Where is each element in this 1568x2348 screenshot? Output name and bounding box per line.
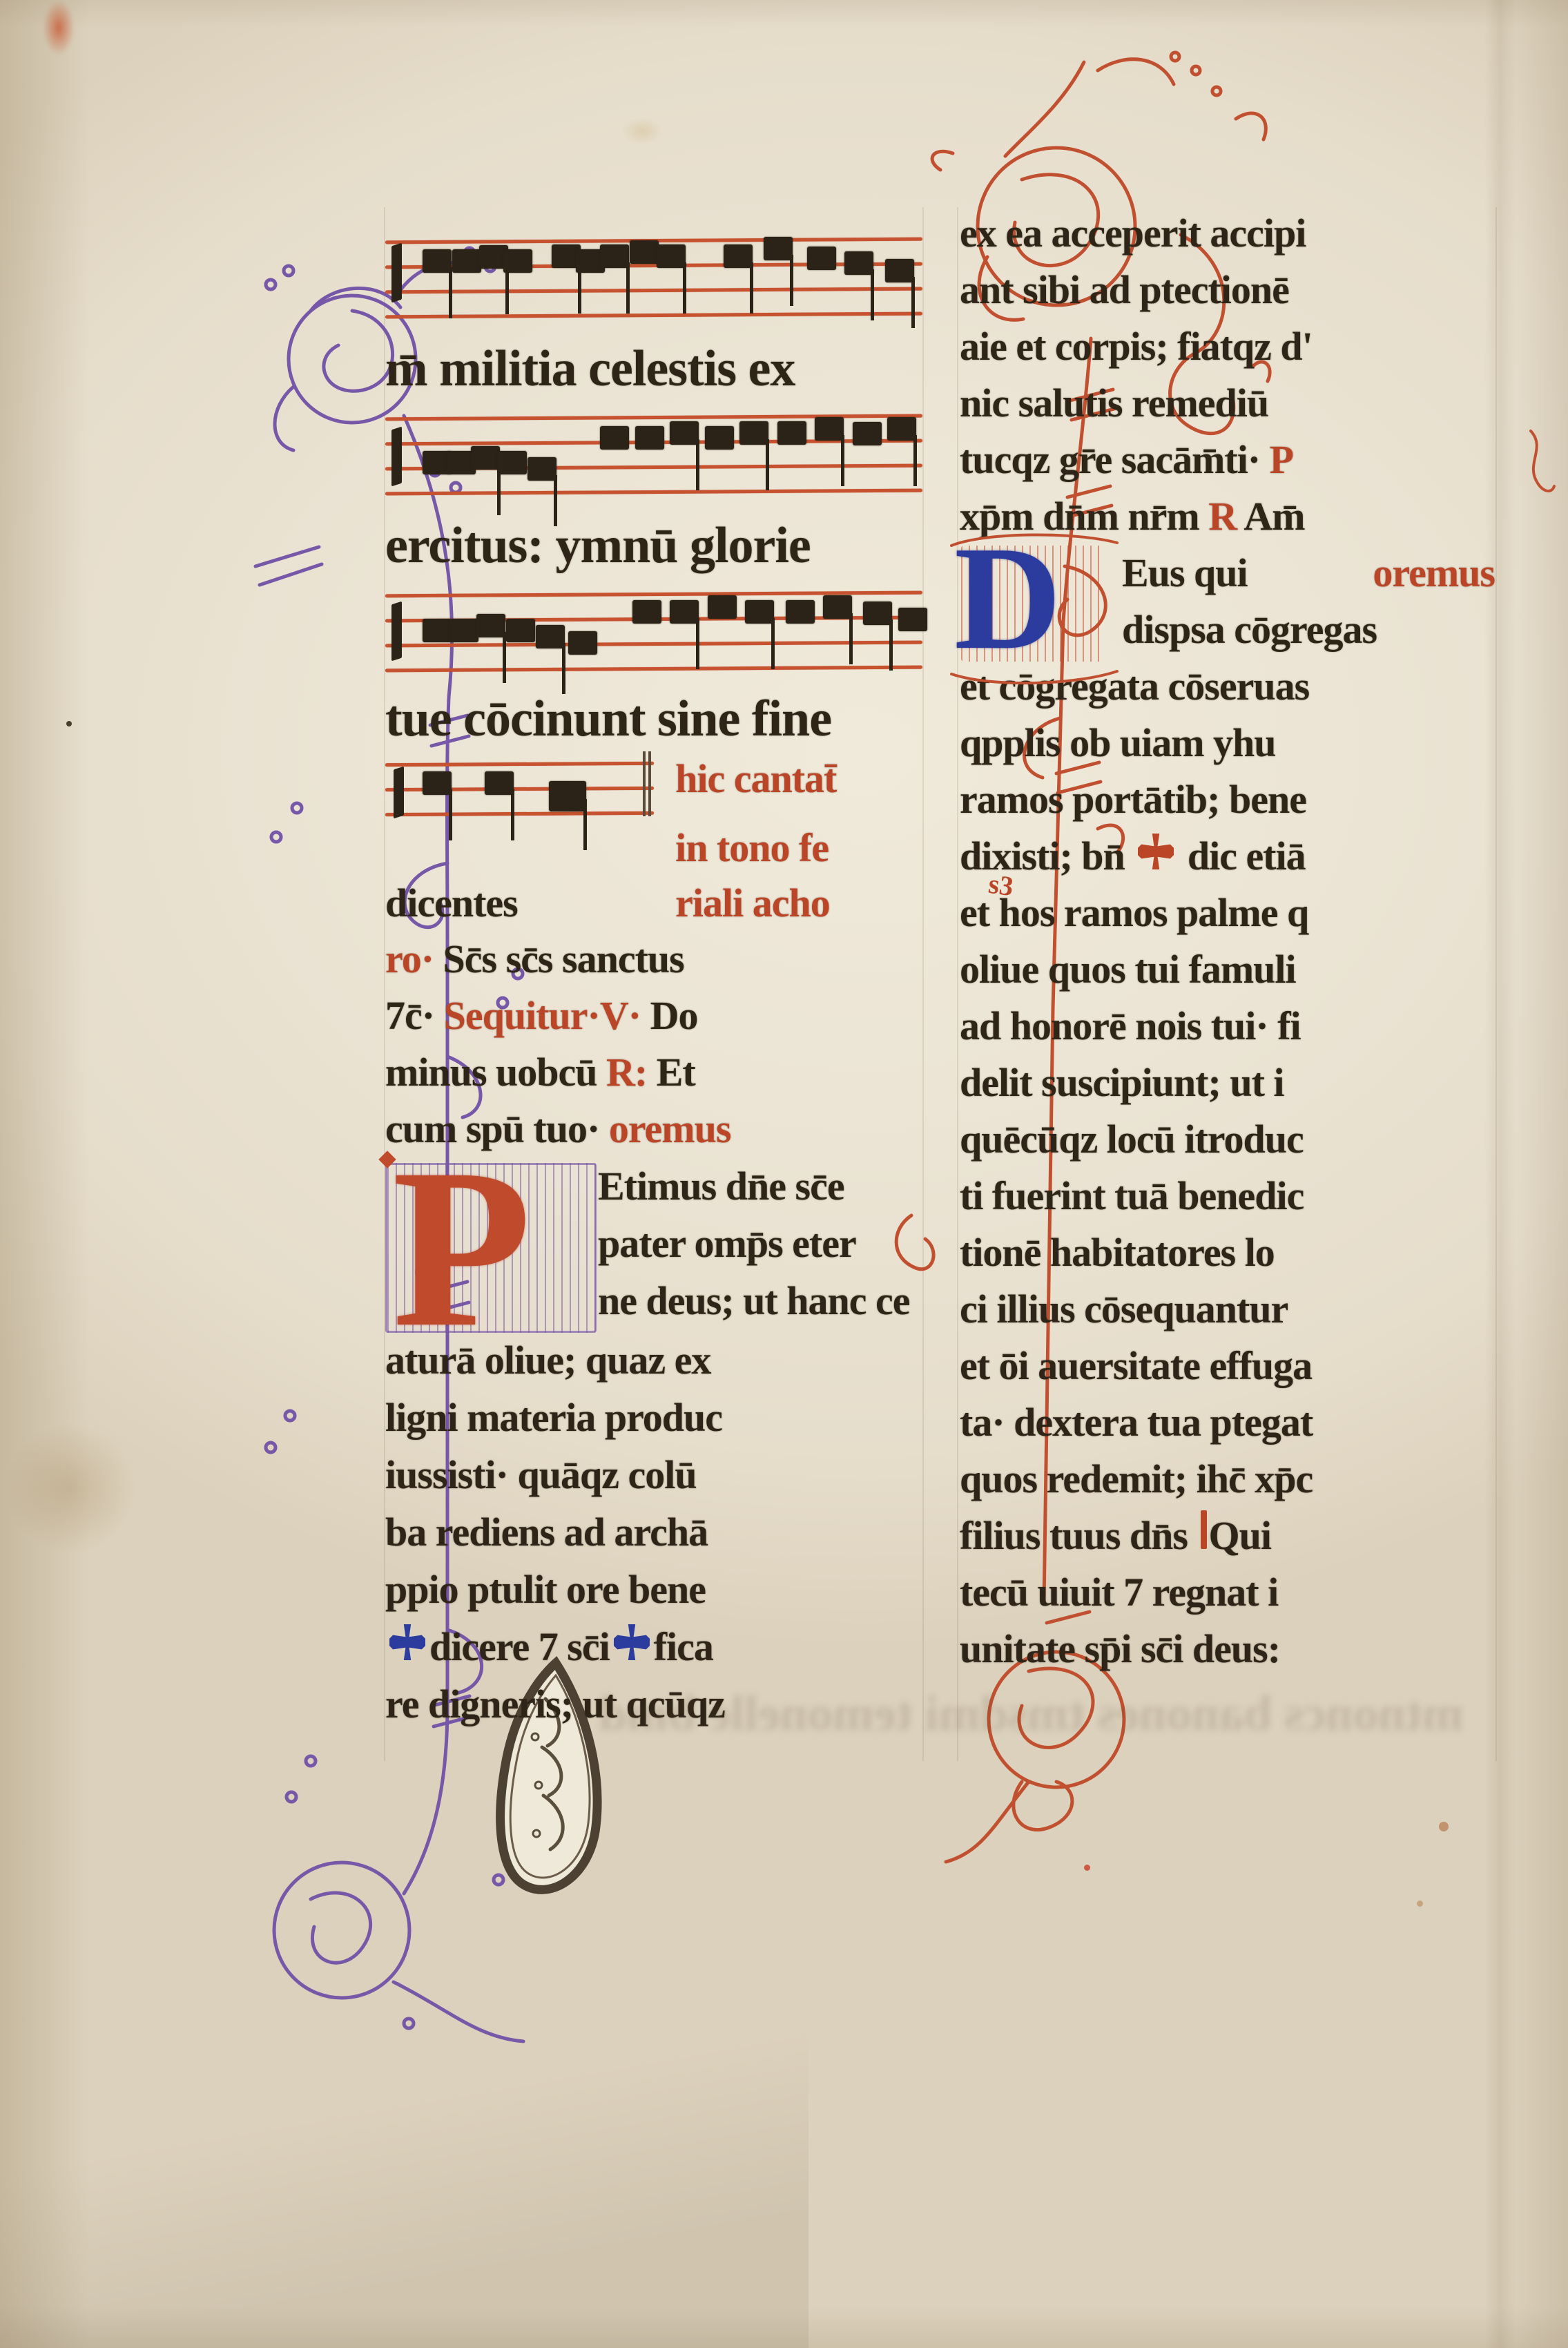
staff-line bbox=[385, 666, 922, 673]
text-segment: oliue quos tui famuli bbox=[960, 942, 1296, 997]
block-staff bbox=[385, 228, 922, 333]
text-segment: ne deus; ut hanc ce bbox=[598, 1272, 909, 1329]
neume-tail bbox=[766, 439, 769, 490]
text-line: ant sibi ad ptectionē bbox=[960, 262, 1495, 319]
bleed-through-text: mtnoncs banones tmsdmi temonelle bmd bbox=[483, 1685, 1464, 1758]
text-line: et ōi auersitate effuga bbox=[960, 1338, 1495, 1395]
text-segment: Do bbox=[641, 988, 697, 1044]
text-line: ta· dextera tua ptegat bbox=[960, 1395, 1495, 1452]
block-bigtext: m̄ militia celestis ex bbox=[385, 333, 922, 405]
text-segment: et ōi auersitate effuga bbox=[960, 1338, 1312, 1394]
text-segment: Am̄ bbox=[1237, 489, 1305, 544]
text-line: oliue quos tui famuli bbox=[960, 942, 1495, 999]
neume-tail bbox=[696, 618, 699, 669]
text-segment: ti fuerint tuā benedic bbox=[960, 1168, 1304, 1224]
text-segment: filius tuus dn̄s bbox=[960, 1508, 1197, 1563]
text-segment: quos redemit; ihc̄ xp̄c bbox=[960, 1452, 1313, 1507]
text-line: ligni materia produc bbox=[385, 1389, 922, 1446]
music-staff bbox=[385, 228, 922, 333]
text-segment: nic salutis remediū bbox=[960, 376, 1268, 431]
neume-note bbox=[506, 619, 535, 642]
text-line: m̄ militia celestis ex bbox=[385, 333, 922, 405]
neume-tail bbox=[771, 618, 775, 669]
music-staff bbox=[385, 405, 922, 510]
text-line: in tono fe bbox=[385, 820, 922, 876]
text-line: hic cantat̄ bbox=[385, 751, 922, 820]
block-row: 7c̄· Sequitur·V· Do bbox=[385, 988, 922, 1044]
neume-tail bbox=[849, 613, 853, 664]
text-line: dicere 7 sc̄ifica bbox=[385, 1618, 922, 1675]
text-line: Etimus dn̄e sc̄e bbox=[598, 1157, 922, 1215]
neume-note bbox=[887, 417, 916, 441]
staff-line bbox=[385, 489, 922, 496]
initial-d: D bbox=[954, 512, 1061, 684]
brown-stain bbox=[4, 1423, 135, 1554]
red-ink-smudge bbox=[43, 0, 75, 55]
text-segment: tucqz gr̄e sacām̄ti· bbox=[960, 432, 1270, 488]
text-line: ex ea acceperit accipi bbox=[960, 206, 1495, 262]
neume-tail bbox=[841, 435, 844, 486]
block-row: aturā oliue; quaz ex bbox=[385, 1331, 922, 1389]
text-line: tucqz gr̄e sacām̄ti· P bbox=[960, 432, 1495, 489]
text-segment: ligni materia produc bbox=[385, 1389, 722, 1446]
rubric-segment: riali acho bbox=[675, 876, 830, 931]
text-segment: ramos portātib; bene bbox=[960, 772, 1306, 827]
text-line: pater omp̄s eter bbox=[598, 1215, 922, 1272]
neume-note bbox=[885, 259, 914, 282]
neume-note bbox=[724, 244, 753, 268]
text-line: quos redemit; ihc̄ xp̄c bbox=[960, 1452, 1495, 1508]
neume-note bbox=[600, 244, 629, 268]
text-segment: dicentes bbox=[385, 876, 518, 931]
text-line: qpplis ob uiam yhu bbox=[960, 715, 1495, 772]
rubric-segment: P bbox=[1270, 432, 1293, 488]
block-staffrow: hic cantat̄ bbox=[385, 751, 922, 820]
text-line: ramos portātib; bene bbox=[960, 772, 1495, 829]
text-segment: ercitus: ymnū glorie bbox=[385, 510, 811, 581]
manuscript-page: s3 m̄ militia celestis exercitus: ymnū g… bbox=[0, 0, 1568, 2348]
neume-tail bbox=[911, 277, 915, 328]
text-segment: m̄ militia celestis ex bbox=[385, 333, 795, 405]
text-segment: ba rediens ad archā bbox=[385, 1503, 708, 1561]
right-column: ex ea acceperit accipiant sibi ad ptecti… bbox=[960, 206, 1495, 1684]
text-segment: dixisti; bn̄ bbox=[960, 829, 1134, 884]
neume-note bbox=[853, 422, 882, 445]
neume-note bbox=[777, 421, 806, 445]
neume-tail bbox=[696, 439, 699, 490]
neume-note bbox=[476, 614, 505, 637]
text-segment: tecū uiuit 7 regnat i bbox=[960, 1565, 1278, 1620]
text-segment: aturā oliue; quaz ex bbox=[385, 1331, 710, 1389]
neume-note bbox=[536, 625, 565, 648]
block-row: ba rediens ad archā bbox=[385, 1503, 922, 1561]
neume-tail bbox=[913, 435, 917, 486]
neume-note bbox=[449, 619, 478, 642]
rubric-segment: hic cantat̄ bbox=[675, 751, 836, 807]
neume-note bbox=[786, 600, 815, 624]
neume-note bbox=[657, 244, 686, 268]
block-staff bbox=[385, 405, 922, 510]
text-line: minus uobcū R: Et bbox=[385, 1044, 922, 1101]
rubric-segment: in tono fe bbox=[675, 820, 829, 876]
text-segment: dic etiā bbox=[1178, 829, 1305, 884]
text-segment: aie et corpis; fiatqz d' bbox=[960, 319, 1313, 374]
block-bigtext: tue cōcinunt sine fine bbox=[385, 686, 922, 751]
text-segment: ex ea acceperit accipi bbox=[960, 206, 1306, 261]
page-left-shading bbox=[0, 0, 90, 2348]
neume-tail bbox=[750, 262, 753, 314]
neume-note bbox=[705, 426, 734, 450]
text-line: nic salutis remediū bbox=[960, 376, 1495, 432]
neume-note bbox=[471, 446, 500, 470]
neume-note bbox=[815, 417, 844, 441]
text-line: ro· Sc̄s sc̄s sanctus bbox=[385, 931, 922, 988]
neume-note bbox=[863, 602, 892, 625]
rubric-segment: Sequitur·V· bbox=[444, 988, 641, 1044]
text-segment: unitate sp̄i sc̄i deus: bbox=[960, 1622, 1280, 1677]
block-row: in tono fe bbox=[385, 820, 922, 876]
text-segment: ant sibi ad ptectionē bbox=[960, 262, 1289, 318]
text-line: dixisti; bn̄ dic etiā bbox=[960, 829, 1495, 885]
text-line: ba rediens ad archā bbox=[385, 1503, 922, 1561]
text-line: ne deus; ut hanc ce bbox=[598, 1272, 922, 1329]
block-staff bbox=[385, 581, 922, 686]
neume-note bbox=[527, 457, 556, 481]
text-segment: Sc̄s sc̄s sanctus bbox=[434, 931, 684, 988]
text-line: unitate sp̄i sc̄i deus: bbox=[960, 1622, 1495, 1678]
neume-note bbox=[745, 600, 774, 624]
clef-mark bbox=[391, 452, 402, 487]
text-segment: ppio ptulit ore bene bbox=[385, 1561, 706, 1618]
neume-note bbox=[632, 600, 661, 624]
maltese-cross-icon bbox=[389, 1624, 425, 1660]
neume-note bbox=[844, 251, 873, 275]
left-column: m̄ militia celestis exercitus: ymnū glor… bbox=[385, 228, 922, 1733]
block-initialP: PEtimus dn̄e sc̄epater omp̄s eterne deus… bbox=[385, 1157, 922, 1331]
text-segment: fica bbox=[654, 1618, 713, 1675]
text-segment: tue cōcinunt sine fine bbox=[385, 686, 831, 751]
text-segment: dispsa cōgregas bbox=[1122, 602, 1377, 657]
bottom-left-shadow bbox=[0, 2037, 809, 2348]
speck bbox=[66, 721, 72, 726]
text-segment: ad honorē nois tui· fi bbox=[960, 999, 1301, 1054]
text-segment: delit suscipiunt; ut i bbox=[960, 1055, 1284, 1110]
text-line: quēcūqz locū itroduc bbox=[960, 1112, 1495, 1168]
rubric-segment: oremus bbox=[609, 1101, 731, 1157]
text-segment: pater omp̄s eter bbox=[598, 1215, 856, 1272]
text-segment: minus uobcū bbox=[385, 1044, 606, 1101]
text-line: aie et corpis; fiatqz d' bbox=[960, 319, 1495, 376]
stain bbox=[621, 117, 663, 145]
maltese-cross-icon bbox=[1138, 834, 1174, 869]
rubric-segment: R: bbox=[606, 1044, 647, 1101]
neume-note bbox=[452, 249, 481, 273]
foxing-spot bbox=[1439, 1822, 1449, 1831]
neume-note bbox=[670, 421, 699, 445]
staff-line bbox=[385, 287, 922, 294]
text-segment: Et bbox=[647, 1044, 695, 1101]
ruling-line bbox=[1496, 207, 1497, 1761]
neume-note bbox=[635, 426, 664, 450]
page-top-shading bbox=[0, 0, 1568, 28]
text-line: ti fuerint tuā benedic bbox=[960, 1168, 1495, 1225]
maltese-cross-icon bbox=[614, 1624, 650, 1660]
block-bigtext: ercitus: ymnū glorie bbox=[385, 510, 922, 581]
text-line: filius tuus dn̄s Qui bbox=[960, 1508, 1495, 1565]
neume-tail bbox=[790, 255, 793, 306]
block-row: iussisti· quāqz colū bbox=[385, 1446, 922, 1503]
red-dot bbox=[1084, 1865, 1090, 1871]
text-line: ci illius cōsequantur bbox=[960, 1282, 1495, 1338]
text-segment: Qui bbox=[1208, 1508, 1271, 1563]
neume-note bbox=[423, 619, 452, 642]
neume-tail bbox=[889, 619, 893, 671]
block-row: dicere 7 sc̄ifica bbox=[385, 1618, 922, 1675]
foxing-spot bbox=[1417, 1900, 1423, 1907]
rubric-segment: R bbox=[1208, 489, 1237, 544]
neume-note bbox=[764, 237, 793, 260]
clef-mark bbox=[391, 267, 402, 302]
text-line: delit suscipiunt; ut i bbox=[960, 1055, 1495, 1112]
rubric-segment: oremus bbox=[1373, 546, 1495, 601]
red-stroke-mark bbox=[1201, 1510, 1207, 1549]
neume-tail bbox=[626, 262, 630, 314]
red-margin-curl bbox=[1522, 428, 1557, 504]
text-segment: ta· dextera tua ptegat bbox=[960, 1395, 1313, 1450]
text-line: dicentesriali acho bbox=[385, 876, 922, 931]
text-line: tionē habitatores lo bbox=[960, 1225, 1495, 1282]
neume-note bbox=[630, 240, 659, 264]
block-row: ro· Sc̄s sc̄s sanctus bbox=[385, 931, 922, 988]
text-segment: dicere 7 sc̄i bbox=[429, 1618, 610, 1675]
block-row: minus uobcū R: Et bbox=[385, 1044, 922, 1101]
text-line: ercitus: ymnū glorie bbox=[385, 510, 922, 581]
neume-note bbox=[423, 249, 452, 273]
text-line: et hos ramos palme q bbox=[960, 885, 1495, 942]
neume-note bbox=[823, 595, 852, 619]
text-line: ad honorē nois tui· fi bbox=[960, 999, 1495, 1055]
neume-note bbox=[670, 600, 699, 624]
neume-note bbox=[708, 595, 737, 619]
text-segment: 7c̄· bbox=[385, 988, 444, 1044]
neume-note bbox=[503, 249, 532, 273]
text-line: aturā oliue; quaz ex bbox=[385, 1331, 922, 1389]
block-row: ppio ptulit ore bene bbox=[385, 1561, 922, 1618]
text-line: tue cōcinunt sine fine bbox=[385, 686, 922, 751]
neume-note bbox=[568, 631, 597, 655]
clef-mark bbox=[391, 626, 402, 661]
text-segment: tionē habitatores lo bbox=[960, 1225, 1275, 1280]
text-segment: quēcūqz locū itroduc bbox=[960, 1112, 1304, 1167]
text-line: tecū uiuit 7 regnat i bbox=[960, 1565, 1495, 1622]
neume-note bbox=[807, 247, 836, 270]
neume-note bbox=[498, 451, 527, 474]
text-segment: et hos ramos palme q bbox=[960, 885, 1308, 941]
block-row: dicentesriali acho bbox=[385, 876, 922, 931]
text-segment: qpplis ob uiam yhu bbox=[960, 715, 1276, 771]
neume-note bbox=[739, 421, 768, 445]
neume-note bbox=[898, 608, 927, 631]
text-line: 7c̄· Sequitur·V· Do bbox=[385, 988, 922, 1044]
neume-tail bbox=[683, 262, 686, 314]
music-staff bbox=[385, 581, 922, 686]
text-segment: Eus qui bbox=[1122, 546, 1248, 601]
rubric-segment: ro· bbox=[385, 931, 434, 988]
text-segment: Etimus dn̄e sc̄e bbox=[598, 1157, 844, 1215]
text-segment: ci illius cōsequantur bbox=[960, 1282, 1288, 1337]
neume-tail bbox=[871, 269, 874, 320]
initial-p-text-rows: Etimus dn̄e sc̄epater omp̄s eterne deus;… bbox=[598, 1157, 922, 1329]
staff-line bbox=[385, 312, 922, 319]
text-line: ppio ptulit ore bene bbox=[385, 1561, 922, 1618]
neume-tail bbox=[449, 267, 452, 318]
block-row: ligni materia produc bbox=[385, 1389, 922, 1446]
neume-note bbox=[600, 426, 629, 450]
text-line: iussisti· quāqz colū bbox=[385, 1446, 922, 1503]
text-segment: iussisti· quāqz colū bbox=[385, 1446, 697, 1503]
